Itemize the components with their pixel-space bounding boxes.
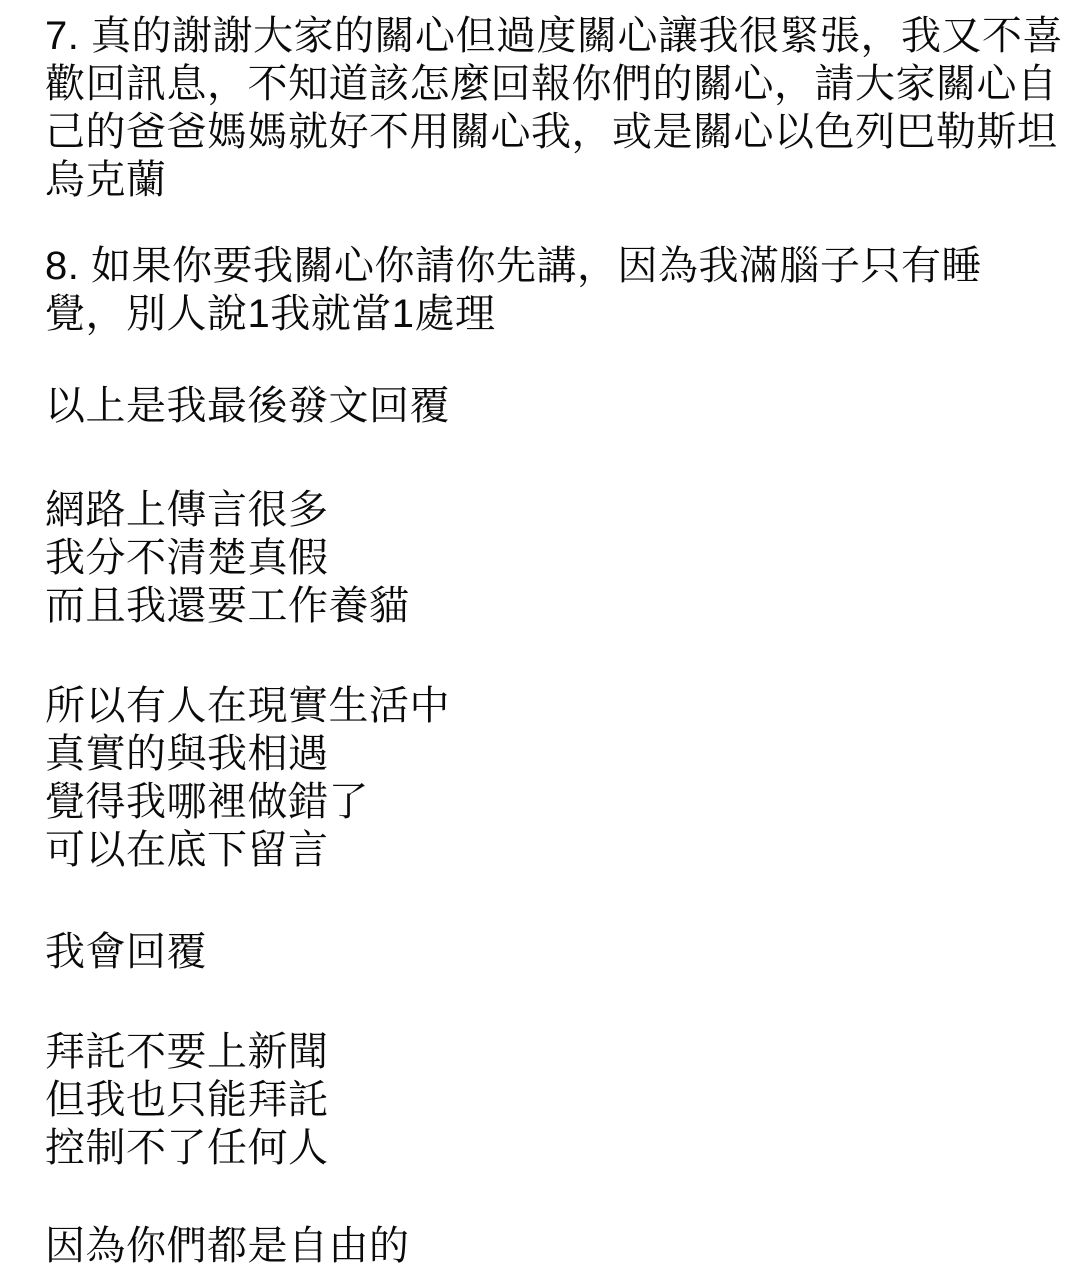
text-line: 拜託不要上新聞	[45, 1028, 1033, 1076]
paragraph-freedom: 因為你們都是自由的	[45, 1222, 1033, 1270]
text-line: 網路上傳言很多	[45, 486, 1033, 534]
paragraph-no-news: 拜託不要上新聞 但我也只能拜託 控制不了任何人	[45, 1028, 1033, 1172]
paragraph-will-reply: 我會回覆	[45, 928, 1033, 976]
paragraph-rumors: 網路上傳言很多 我分不清楚真假 而且我還要工作養貓	[45, 486, 1033, 630]
text-line: 我分不清楚真假	[45, 534, 1033, 582]
text-line: 所以有人在現實生活中	[45, 682, 1033, 730]
paragraph-item-8: 8. 如果你要我關心你請你先講，因為我滿腦子只有睡 覺，別人說1我就當1處理	[45, 242, 1033, 338]
text-line: 覺得我哪裡做錯了	[45, 778, 1033, 826]
paragraph-closing-statement: 以上是我最後發文回覆	[45, 382, 1033, 430]
text-post-image: 7. 真的謝謝大家的關心但過度關心讓我很緊張，我又不喜 歡回訊息，不知道該怎麼回…	[0, 0, 1071, 1280]
text-line: 但我也只能拜託	[45, 1076, 1033, 1124]
text-line: 控制不了任何人	[45, 1124, 1033, 1172]
text-line: 可以在底下留言	[45, 826, 1033, 874]
text-line: 8. 如果你要我關心你請你先講，因為我滿腦子只有睡	[45, 242, 1033, 290]
paragraph-item-7: 7. 真的謝謝大家的關心但過度關心讓我很緊張，我又不喜 歡回訊息，不知道該怎麼回…	[45, 12, 1033, 204]
text-line: 烏克蘭	[45, 156, 1033, 204]
text-line: 歡回訊息，不知道該怎麼回報你們的關心，請大家關心自	[45, 60, 1033, 108]
paragraph-real-life: 所以有人在現實生活中 真實的與我相遇 覺得我哪裡做錯了 可以在底下留言	[45, 682, 1033, 874]
text-line: 覺，別人說1我就當1處理	[45, 290, 1033, 338]
text-line: 真實的與我相遇	[45, 730, 1033, 778]
text-line: 我會回覆	[45, 928, 1033, 976]
text-line: 因為你們都是自由的	[45, 1222, 1033, 1270]
text-line: 而且我還要工作養貓	[45, 582, 1033, 630]
text-line: 7. 真的謝謝大家的關心但過度關心讓我很緊張，我又不喜	[45, 12, 1033, 60]
text-line: 己的爸爸媽媽就好不用關心我，或是關心以色列巴勒斯坦	[45, 108, 1033, 156]
text-line: 以上是我最後發文回覆	[45, 382, 1033, 430]
